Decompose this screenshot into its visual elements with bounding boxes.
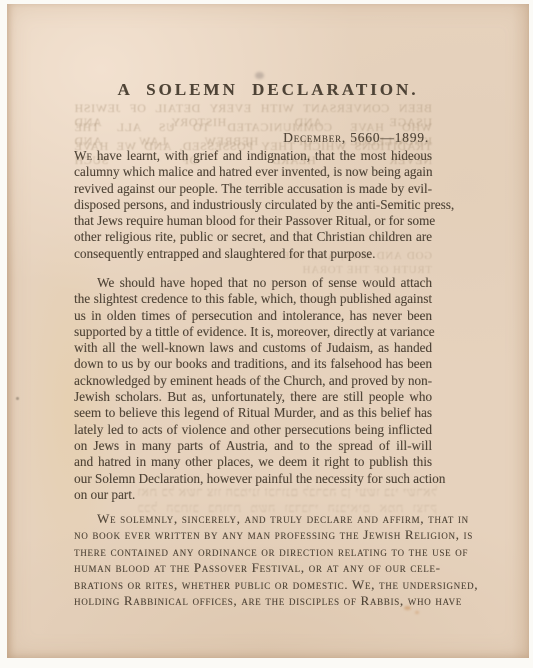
opening-paragraph: We have learnt, with grief and indignati… <box>74 148 432 262</box>
small-caps-lead: We <box>74 148 92 163</box>
text-line: consequently entrapped and slaughtered f… <box>74 246 432 262</box>
text-line: brations or rites, whether public or dom… <box>74 577 432 593</box>
text-line: us in olden times of persecution and int… <box>74 308 432 324</box>
text-line: our Solemn Declaration, however painful … <box>74 471 432 487</box>
text-line: We have learnt, with grief and indignati… <box>74 148 432 164</box>
text-line: holding Rabbinical offices, are the disc… <box>74 593 432 609</box>
text-line: lately led to acts of violence and other… <box>74 422 432 438</box>
text-line: no book ever written by any man professi… <box>74 527 432 543</box>
scanned-document: BEEN CONVERSANT WITH EVERY DETAIL OF JEW… <box>0 0 533 668</box>
text-line: revived against our people. The terrible… <box>74 181 432 197</box>
text-line: the slightest credence to this fable, wh… <box>74 291 432 307</box>
text-line: seem to believe this legend of Ritual Mu… <box>74 405 432 421</box>
bleedthrough-text-line: BEEN CONVERSANT WITH EVERY DETAIL OF JEW… <box>74 101 432 129</box>
text-line: We should have hoped that no person of s… <box>74 275 432 291</box>
text-line: calumny which malice and hatred ever inv… <box>74 164 432 180</box>
text-line: disposed persons, and industriously circ… <box>74 197 432 213</box>
text-line: human blood at the Passover Festival, or… <box>74 560 432 576</box>
text-line: Jewish scholars. But as, unfortunately, … <box>74 389 432 405</box>
text-line: on Jews in many parts of Austria, and to… <box>74 438 432 454</box>
text-line: We solemnly, sincerely, and truly declar… <box>74 511 432 527</box>
document-page: BEEN CONVERSANT WITH EVERY DETAIL OF JEW… <box>7 4 529 658</box>
date-line: December, 5660—1899. <box>283 130 429 146</box>
ink-smudge <box>255 72 264 79</box>
text-line: on our part. <box>74 487 432 503</box>
text-line: supported by a tittle of evidence. It is… <box>74 324 432 340</box>
middle-paragraph: We should have hoped that no person of s… <box>74 275 432 503</box>
text-line: with all the well-known laws and customs… <box>74 340 432 356</box>
text-line: other religious rite, public or secret, … <box>74 229 432 245</box>
text-line: down to us by our books and traditions, … <box>74 356 432 372</box>
paper-speck <box>16 397 19 400</box>
text-line: acknowledged by eminent heads of the Chu… <box>74 373 432 389</box>
foxing-spot <box>415 611 419 614</box>
declaration-paragraph: We solemnly, sincerely, and truly declar… <box>74 511 432 609</box>
document-title: A SOLEMN DECLARATION. <box>7 80 529 100</box>
text-line: there contained any ordinance or directi… <box>74 544 432 560</box>
text-line: and hatred in many other places, we deem… <box>74 454 432 470</box>
text-line: that Jews require human blood for their … <box>74 213 432 229</box>
